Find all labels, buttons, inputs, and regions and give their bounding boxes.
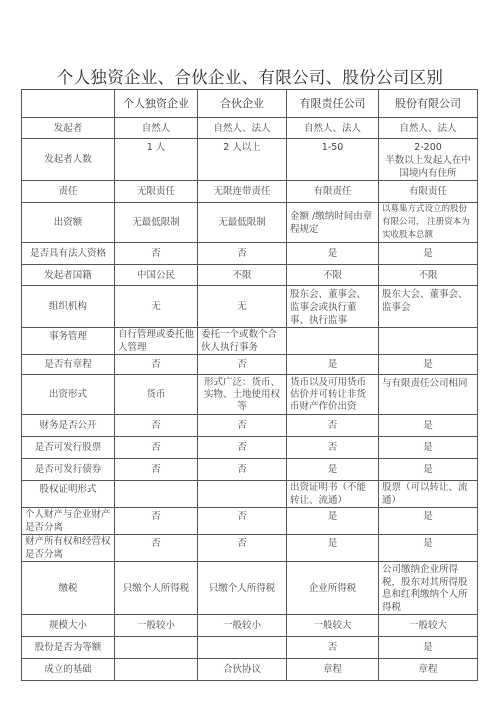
table-row: 成立的基础 合伙协议 章程 章程 — [22, 659, 478, 681]
header-partnership: 合伙企业 — [198, 90, 287, 118]
cell: 不限 — [287, 265, 379, 286]
cell: 是 — [287, 355, 379, 375]
table-row: 缴税 只缴个人所得税 只缴个人所得税 企业所得税 公司缴纳企业所得税，股东对其所… — [22, 562, 478, 615]
cell: 形式广泛：货币、实物、土地使用权等 — [198, 375, 287, 415]
cell: 否 — [287, 415, 379, 437]
cell: 无限连带责任 — [198, 181, 287, 203]
cell: 中国公民 — [115, 265, 198, 286]
cell: 是 — [379, 437, 478, 459]
cell: 1 人 — [115, 139, 198, 181]
row-label: 规模大小 — [22, 615, 115, 637]
cell: 2-200 半数以上发起人在中国境内有住所 — [379, 139, 478, 181]
table-row: 是否具有法人资格 否 否 是 是 — [22, 243, 478, 265]
table-row: 股权证明形式 出资证明书（不能转让、流通） 股票（可以转让、流通） — [22, 481, 478, 508]
table-row: 组织机构 无 无 股东会、董事会、监事会或执行董事、执行监事 股东大会、董事会、… — [22, 286, 478, 328]
cell: 否 — [115, 437, 198, 459]
row-label: 责任 — [22, 181, 115, 203]
cell: 有限责任 — [379, 181, 478, 203]
row-label: 股权证明形式 — [22, 481, 115, 508]
cell: 是 — [287, 535, 379, 562]
comparison-table: 个人独资企业 合伙企业 有限责任公司 股份有限公司 发起者 自然人 自然人、法人… — [21, 89, 478, 681]
row-label: 是否具有法人资格 — [22, 243, 115, 265]
cell: 无 — [198, 286, 287, 328]
cell: 是 — [379, 355, 478, 375]
row-label: 成立的基础 — [22, 659, 115, 681]
cell: 否 — [115, 415, 198, 437]
row-label: 发起者国籍 — [22, 265, 115, 286]
cell: 出资证明书（不能转让、流通） — [287, 481, 379, 508]
cell: 一般较大 — [287, 615, 379, 637]
cell: 公司缴纳企业所得税，股东对其所得股息和红利缴纳个人所得税 — [379, 562, 478, 615]
row-label: 是否有章程 — [22, 355, 115, 375]
cell: 只缴个人所得税 — [198, 562, 287, 615]
header-joint-stock: 股份有限公司 — [379, 90, 478, 118]
cell: 自然人 — [115, 118, 198, 139]
table-row: 责任 无限责任 无限连带责任 有限责任 有限责任 — [22, 181, 478, 203]
cell: 否 — [115, 243, 198, 265]
cell: 无最低限制 — [115, 203, 198, 243]
cell: 2 人以上 — [198, 139, 287, 181]
cell — [287, 328, 379, 355]
cell: 无限责任 — [115, 181, 198, 203]
cell: 有限责任 — [287, 181, 379, 203]
cell: 是 — [379, 637, 478, 659]
cell: 股东会、董事会、监事会或执行董事、执行监事 — [287, 286, 379, 328]
cell — [115, 637, 198, 659]
cell: 否 — [198, 437, 287, 459]
table-row: 个人财产与企业财产是否分离 否 否 是 是 — [22, 508, 478, 535]
row-label: 个人财产与企业财产是否分离 — [22, 508, 115, 535]
cell: 无最低限制 — [198, 203, 287, 243]
cell: 合伙协议 — [198, 659, 287, 681]
cell — [115, 481, 198, 508]
row-label: 出资额 — [22, 203, 115, 243]
table-row: 出资额 无最低限制 无最低限制 金额 /缴纳时间由章程规定 以募集方式设立的股份… — [22, 203, 478, 243]
cell: 不限 — [379, 265, 478, 286]
cell: 股票（可以转让、流通） — [379, 481, 478, 508]
cell: 章程 — [379, 659, 478, 681]
cell: 否 — [198, 459, 287, 481]
cell: 自然人、法人 — [198, 118, 287, 139]
cell: 无 — [115, 286, 198, 328]
cell — [198, 637, 287, 659]
cell: 以募集方式设立的股份有限公司， 注册资本为实收股本总额 — [379, 203, 478, 243]
cell: 是 — [287, 508, 379, 535]
cell: 是 — [379, 508, 478, 535]
table-row: 财务是否公开 否 否 否 是 — [22, 415, 478, 437]
header-row: 个人独资企业 合伙企业 有限责任公司 股份有限公司 — [22, 90, 478, 118]
cell: 是 — [287, 243, 379, 265]
cell: 一般较小 — [115, 615, 198, 637]
table-row: 股份是否为等额 否 是 — [22, 637, 478, 659]
cell: 是 — [379, 243, 478, 265]
cell: 否 — [115, 535, 198, 562]
table-row: 发起者人数 1 人 2 人以上 1-50 2-200 半数以上发起人在中国境内有… — [22, 139, 478, 181]
row-label: 发起者人数 — [22, 139, 115, 181]
cell: 否 — [287, 437, 379, 459]
cell: 否 — [198, 508, 287, 535]
cell: 否 — [287, 637, 379, 659]
cell: 一般较小 — [198, 615, 287, 637]
header-llc: 有限责任公司 — [287, 90, 379, 118]
cell: 是 — [379, 535, 478, 562]
header-sole-proprietorship: 个人独资企业 — [115, 90, 198, 118]
cell: 货币 — [115, 375, 198, 415]
cell: 自然人、法人 — [379, 118, 478, 139]
cell: 否 — [198, 415, 287, 437]
row-label: 财务是否公开 — [22, 415, 115, 437]
document-title: 个人独资企业、合伙企业、有限公司、股份公司区别 — [0, 64, 500, 88]
cell — [379, 328, 478, 355]
table-row: 出资形式 货币 形式广泛：货币、实物、土地使用权等 货币以及可用货币估价并可转让… — [22, 375, 478, 415]
cell: 自然人、法人 — [287, 118, 379, 139]
cell: 否 — [115, 508, 198, 535]
table-row: 发起者国籍 中国公民 不限 不限 不限 — [22, 265, 478, 286]
cell: 只缴个人所得税 — [115, 562, 198, 615]
founder-residency-note: 半数以上发起人在中国境内有住所 — [382, 154, 474, 180]
row-label: 是否可发行债券 — [22, 459, 115, 481]
cell: 自行管理或委托他人管理 — [115, 328, 198, 355]
table-row: 规模大小 一般较小 一般较小 一般较大 一般较大 — [22, 615, 478, 637]
cell — [115, 659, 198, 681]
table-row: 财产所有权和经营权是否分离 否 否 是 是 — [22, 535, 478, 562]
cell: 金额 /缴纳时间由章程规定 — [287, 203, 379, 243]
table-row: 是否可发行债券 否 否 是 是 — [22, 459, 478, 481]
cell: 与有限责任公司相同 — [379, 375, 478, 415]
table-row: 事务管理 自行管理或委托他人管理 委托一个或数个合伙人执行事务 — [22, 328, 478, 355]
row-label: 财产所有权和经营权是否分离 — [22, 535, 115, 562]
table-row: 发起者 自然人 自然人、法人 自然人、法人 自然人、法人 — [22, 118, 478, 139]
cell: 否 — [115, 459, 198, 481]
cell: 是 — [379, 459, 478, 481]
cell: 否 — [115, 355, 198, 375]
row-label: 组织机构 — [22, 286, 115, 328]
cell: 是 — [287, 459, 379, 481]
cell: 股东大会、董事会、监事会 — [379, 286, 478, 328]
table-row: 是否可发行股票 否 否 否 是 — [22, 437, 478, 459]
row-label: 股份是否为等额 — [22, 637, 115, 659]
cell: 不限 — [198, 265, 287, 286]
cell: 否 — [198, 243, 287, 265]
row-label: 是否可发行股票 — [22, 437, 115, 459]
cell: 企业所得税 — [287, 562, 379, 615]
table-row: 是否有章程 否 否 是 是 — [22, 355, 478, 375]
row-label: 缴税 — [22, 562, 115, 615]
row-label: 事务管理 — [22, 328, 115, 355]
founder-count-range: 2-200 — [382, 141, 474, 154]
cell — [198, 481, 287, 508]
cell: 否 — [198, 355, 287, 375]
cell: 委托一个或数个合伙人执行事务 — [198, 328, 287, 355]
row-label: 出资形式 — [22, 375, 115, 415]
cell: 1-50 — [287, 139, 379, 181]
cell: 章程 — [287, 659, 379, 681]
cell: 货币以及可用货币估价并可转让非货币财产作价出资 — [287, 375, 379, 415]
row-label: 发起者 — [22, 118, 115, 139]
cell: 一般较大 — [379, 615, 478, 637]
cell: 是 — [379, 415, 478, 437]
cell: 否 — [198, 535, 287, 562]
header-corner — [22, 90, 115, 118]
